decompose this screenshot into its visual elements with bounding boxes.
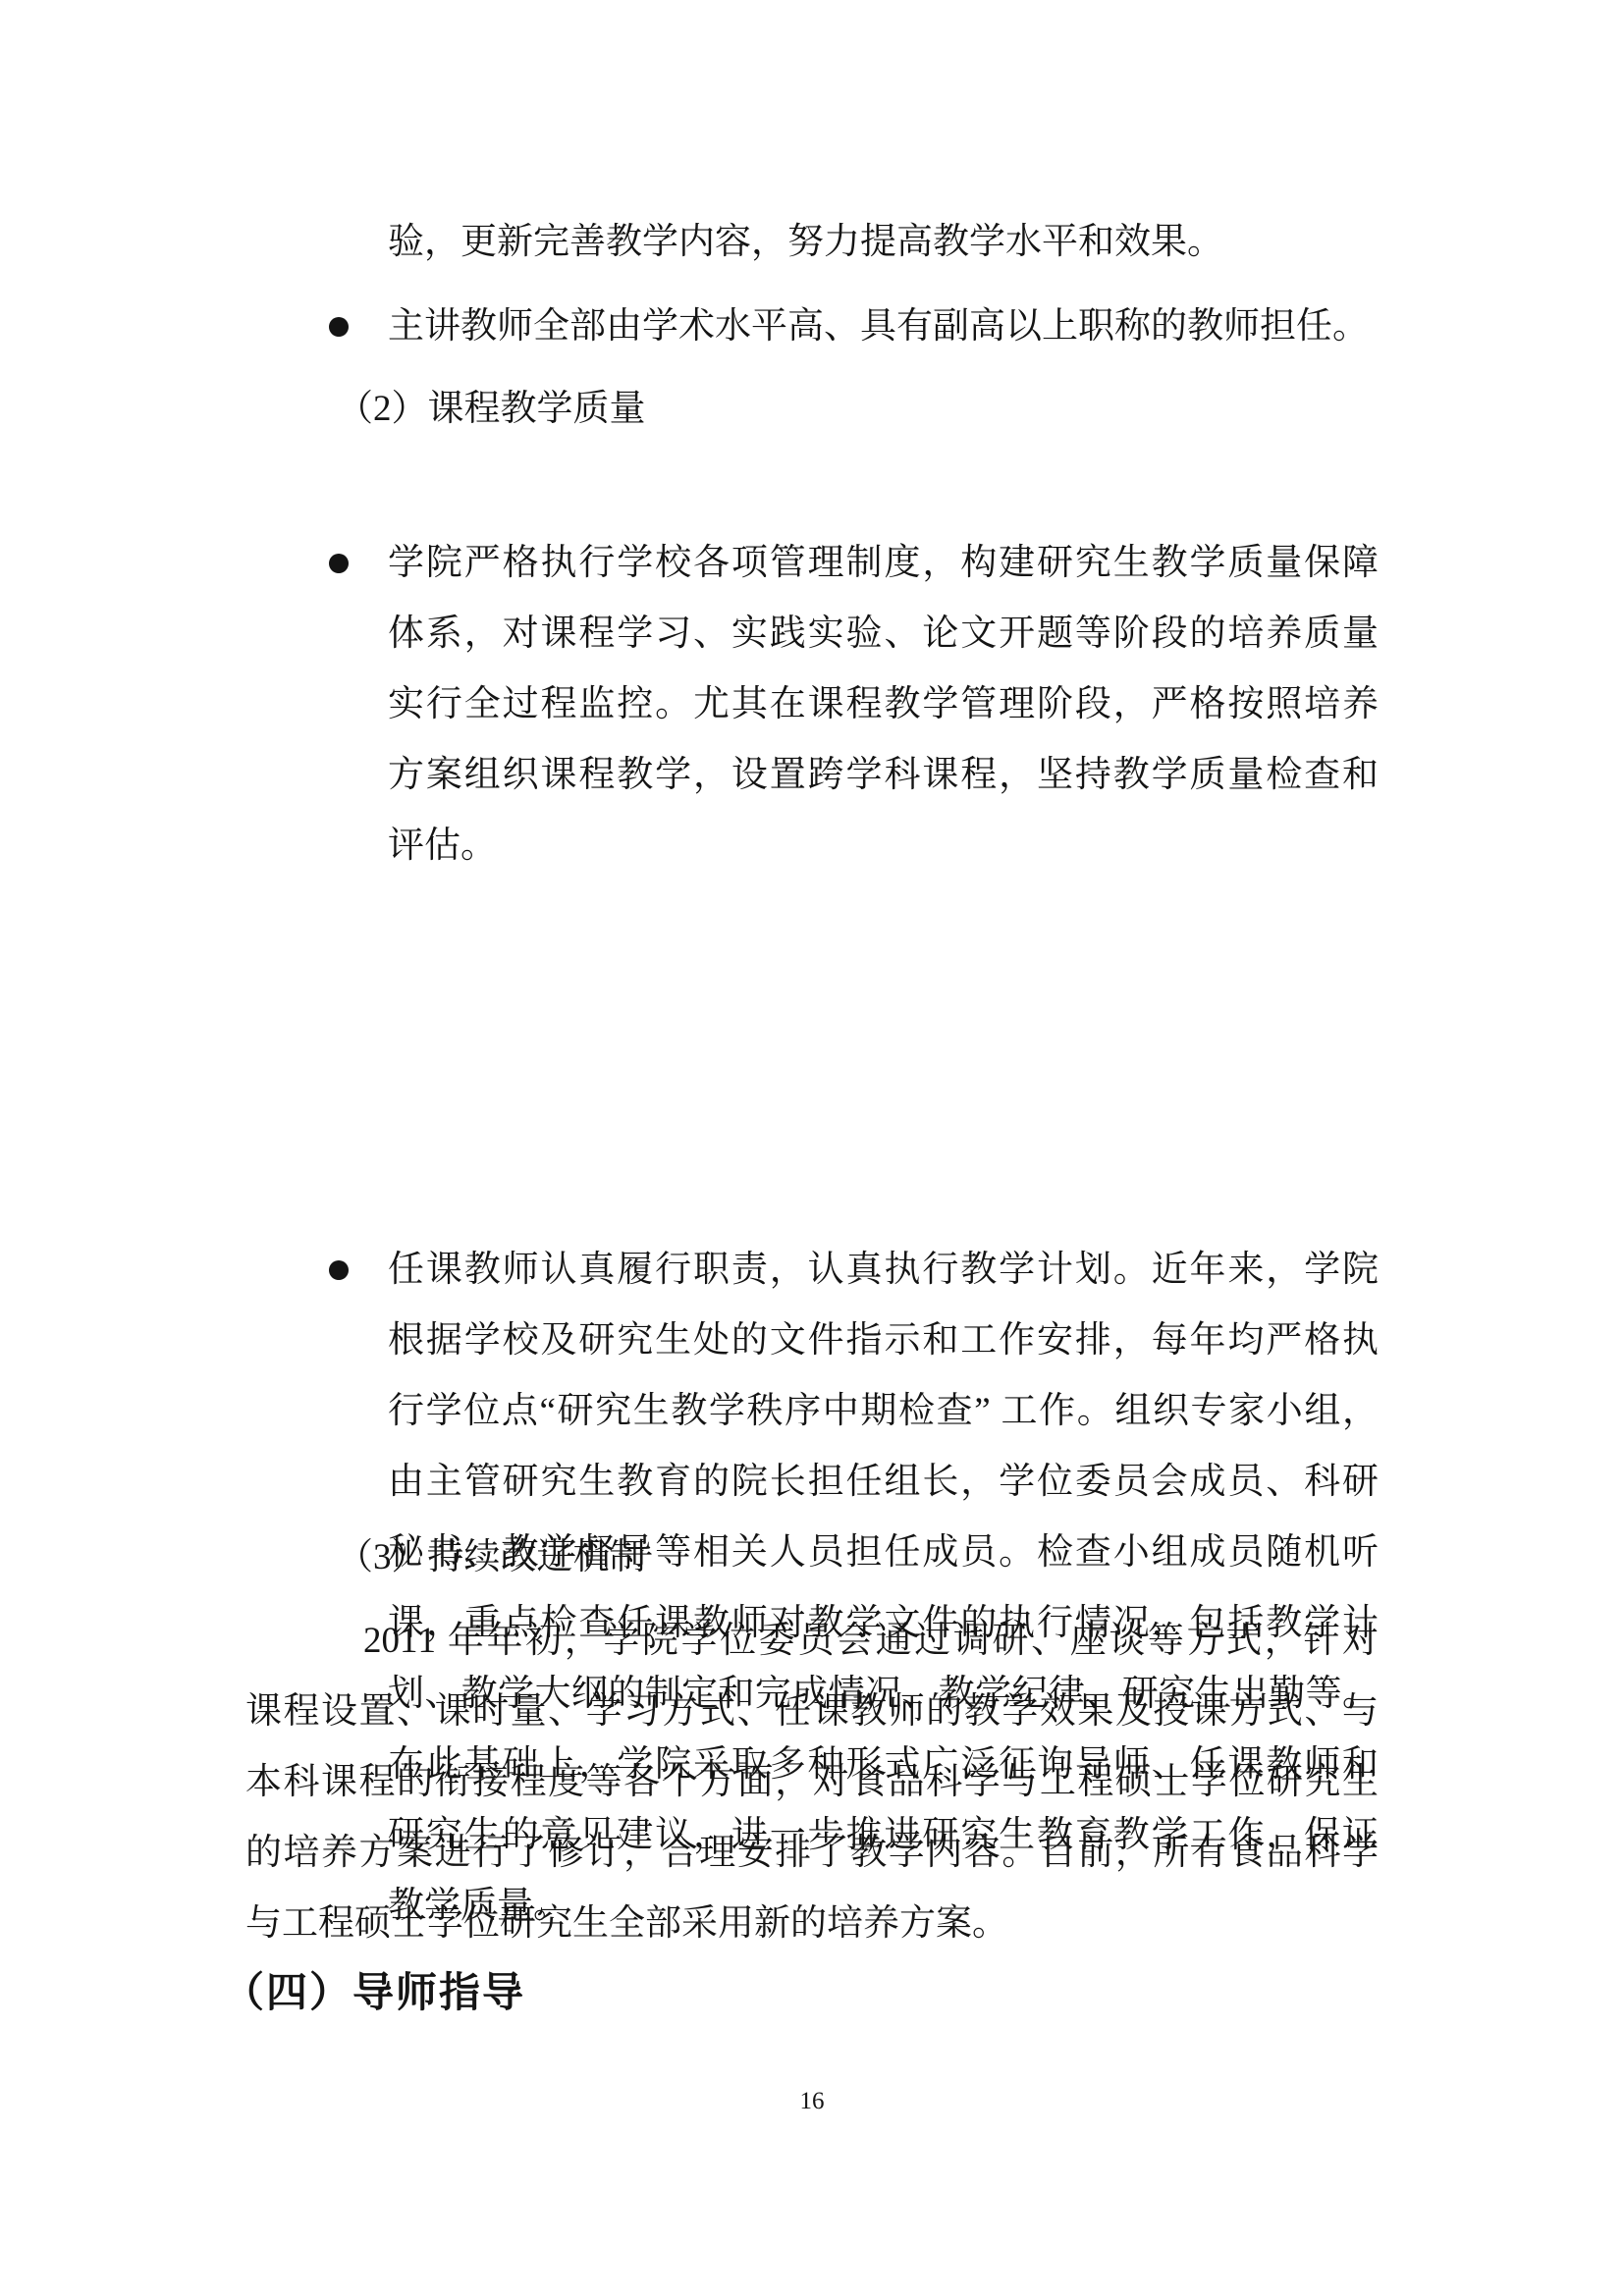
bullet-line: 由主管研究生教育的院长担任组长，学位委员会成员、科研 [388, 1447, 1379, 1518]
page-number: 16 [800, 2088, 825, 2114]
paragraph-line: 本科课程的衔接程度等各个方面，对食品科学与工程硕士学位研究生 [245, 1747, 1379, 1818]
bullet-line: 任课教师认真履行职责，认真执行教学计划。近年来，学院 [388, 1235, 1379, 1306]
paragraph-line: 2011 年年初，学院学位委员会通过调研、座谈等方式，针对 [245, 1606, 1379, 1677]
document-page: 验，更新完善教学内容，努力提高教学水平和效果。 主讲教师全部由学术水平高、具有副… [0, 0, 1624, 2296]
bullet-line: 体系，对课程学习、实践实验、论文开题等阶段的培养质量 [388, 599, 1379, 669]
bullet-icon [329, 1260, 349, 1280]
bullet-line: 评估。 [388, 811, 1379, 881]
bullet-continuation-paragraph: 验，更新完善教学内容，努力提高教学水平和效果。 [388, 207, 1379, 278]
page-footer: 16 [0, 2082, 1624, 2121]
sub-heading-text: （3）持续改进机制 [337, 1522, 646, 1593]
bullet-icon [329, 554, 349, 573]
bullet-line: 实行全过程监控。尤其在课程教学管理阶段，严格按照培养 [388, 669, 1379, 740]
paragraph-line: 的培养方案进行了修订，合理安排了教学内容。目前，所有食品科学 [245, 1818, 1379, 1889]
bullet-line: 方案组织课程教学，设置跨学科课程，坚持教学质量检查和 [388, 740, 1379, 811]
bullet-icon [329, 317, 349, 337]
body-paragraph: 2011 年年初，学院学位委员会通过调研、座谈等方式，针对 课程设置、课时量、学… [245, 1606, 1379, 1959]
bullet-line: 主讲教师全部由学术水平高、具有副高以上职称的教师担任。 [388, 292, 1379, 362]
bullet-line: 行学位点“研究生教学秩序中期检查” 工作。组织专家小组， [388, 1376, 1379, 1447]
bullet-item: 主讲教师全部由学术水平高、具有副高以上职称的教师担任。 [329, 292, 1624, 362]
paragraph-line: 验，更新完善教学内容，努力提高教学水平和效果。 [388, 207, 1379, 278]
bullet-item: 学院严格执行学校各项管理制度，构建研究生教学质量保障 体系，对课程学习、实践实验… [329, 528, 1624, 881]
paragraph-line: 课程设置、课时量、学习方式、任课教师的教学效果及授课方式、与 [245, 1677, 1379, 1747]
section-heading: （四）导师指导 [223, 1955, 525, 2030]
sub-heading-text: （2）课程教学质量 [337, 374, 646, 445]
bullet-line: 学院严格执行学校各项管理制度，构建研究生教学质量保障 [388, 528, 1379, 599]
sub-heading-2: （2）课程教学质量 [337, 374, 646, 445]
sub-heading-3: （3）持续改进机制 [337, 1522, 646, 1593]
paragraph-line: 与工程硕士学位研究生全部采用新的培养方案。 [245, 1889, 1379, 1959]
bullet-line: 根据学校及研究生处的文件指示和工作安排，每年均严格执 [388, 1306, 1379, 1376]
section-heading-text: （四）导师指导 [223, 1955, 525, 2030]
